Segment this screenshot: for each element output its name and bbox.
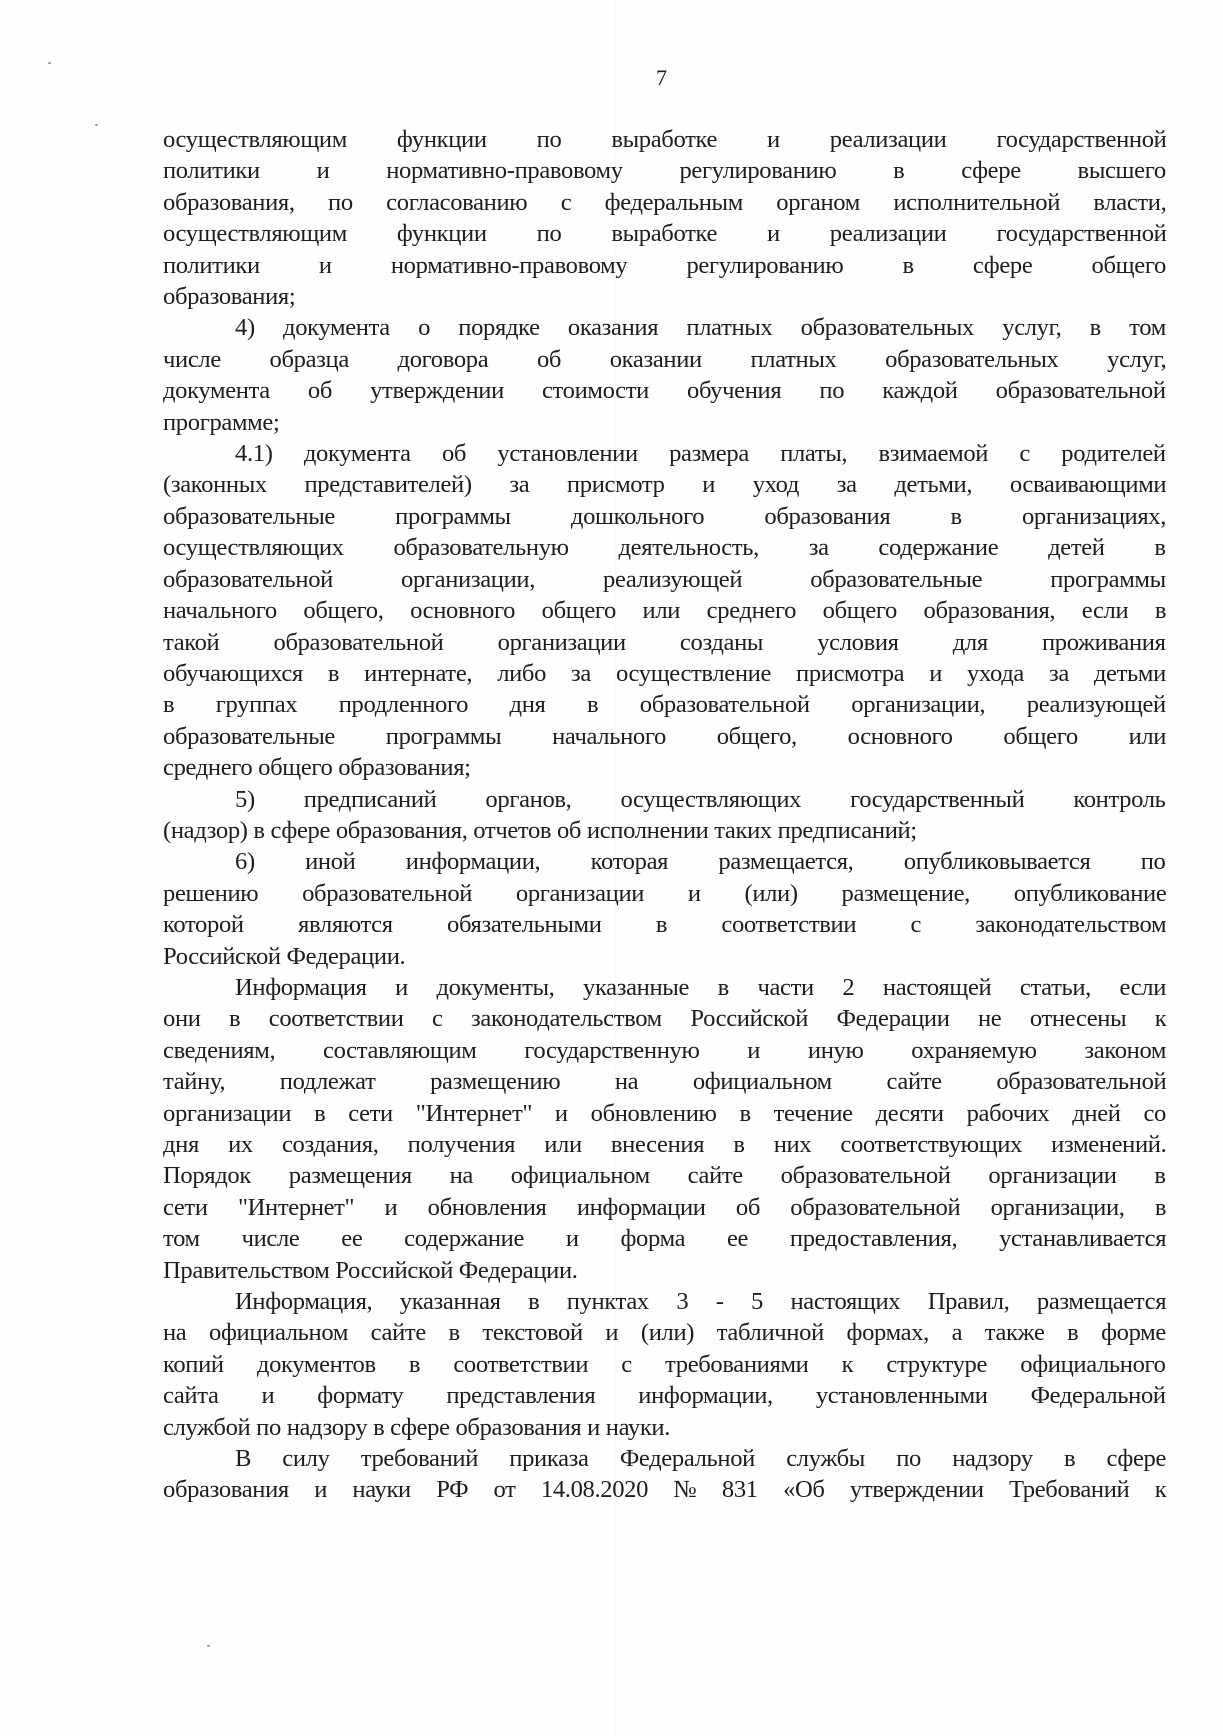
paragraph-order-831: В силу требований приказа Федеральной сл… [163, 1443, 1166, 1506]
text-line: сайта и формату представления информации… [163, 1380, 1166, 1411]
text-line: организации в сети "Интернет" и обновлен… [163, 1098, 1166, 1129]
scan-speck [207, 1645, 210, 1647]
text-line: осуществляющим функции по выработке и ре… [163, 218, 1166, 249]
text-line: образования и науки РФ от 14.08.2020 № 8… [163, 1474, 1166, 1505]
text-line: политики и нормативно-правовому регулиро… [163, 155, 1166, 186]
text-line: такой образовательной организации создан… [163, 627, 1166, 658]
text-line: (законных представителей) за присмотр и … [163, 469, 1166, 500]
text-line: том числе ее содержание и форма ее предо… [163, 1223, 1166, 1254]
paragraph-item-5: 5) предписаний органов, осуществляющих г… [163, 784, 1166, 847]
text-line: на официальном сайте в текстовой и (или)… [163, 1317, 1166, 1348]
document-body: осуществляющим функции по выработке и ре… [163, 124, 1166, 1506]
paragraph-rules-3-5: Информация, указанная в пунктах 3 - 5 на… [163, 1286, 1166, 1443]
text-line: в группах продленного дня в образователь… [163, 689, 1166, 720]
text-line: (надзор) в сфере образования, отчетов об… [163, 815, 1166, 846]
text-line: начального общего, основного общего или … [163, 595, 1166, 626]
text-line: образовательной организации, реализующей… [163, 564, 1166, 595]
text-line: 4) документа о порядке оказания платных … [163, 312, 1166, 343]
text-line: документа об утверждении стоимости обуче… [163, 375, 1166, 406]
paragraph-item-6: 6) иной информации, которая размещается,… [163, 846, 1166, 972]
scan-speck [48, 62, 51, 64]
text-line: решению образовательной организации и (и… [163, 878, 1166, 909]
paragraph: осуществляющим функции по выработке и ре… [163, 124, 1166, 312]
text-line: образования, по согласованию с федеральн… [163, 187, 1166, 218]
text-line: которой являются обязательными в соответ… [163, 909, 1166, 940]
text-line: дня их создания, получения или внесения … [163, 1129, 1166, 1160]
text-line: осуществляющих образовательную деятельно… [163, 532, 1166, 563]
text-line: 5) предписаний органов, осуществляющих г… [163, 784, 1166, 815]
text-line: сведениям, составляющим государственную … [163, 1035, 1166, 1066]
text-line: службой по надзору в сфере образования и… [163, 1412, 1166, 1443]
text-line: программе; [163, 407, 1166, 438]
text-line: среднего общего образования; [163, 752, 1166, 783]
text-line: Информация и документы, указанные в част… [163, 972, 1166, 1003]
paragraph-item-4-1: 4.1) документа об установлении размера п… [163, 438, 1166, 783]
text-line: копий документов в соответствии с требов… [163, 1349, 1166, 1380]
text-line: 4.1) документа об установлении размера п… [163, 438, 1166, 469]
text-line: 6) иной информации, которая размещается,… [163, 846, 1166, 877]
text-line: образовательные программы дошкольного об… [163, 501, 1166, 532]
document-page: 7 осуществляющим функции по выработке и … [0, 0, 1223, 1736]
text-line: обучающихся в интернате, либо за осущест… [163, 658, 1166, 689]
text-line: В силу требований приказа Федеральной сл… [163, 1443, 1166, 1474]
scan-speck [95, 124, 98, 126]
text-line: Российской Федерации. [163, 941, 1166, 972]
paragraph-information-placement: Информация и документы, указанные в част… [163, 972, 1166, 1286]
text-line: осуществляющим функции по выработке и ре… [163, 124, 1166, 155]
text-line: образования; [163, 281, 1166, 312]
text-line: Порядок размещения на официальном сайте … [163, 1160, 1166, 1191]
text-line: Правительством Российской Федерации. [163, 1255, 1166, 1286]
text-line: тайну, подлежат размещению на официально… [163, 1066, 1166, 1097]
text-line: они в соответствии с законодательством Р… [163, 1003, 1166, 1034]
page-number: 7 [50, 66, 1223, 90]
text-line: сети "Интернет" и обновления информации … [163, 1192, 1166, 1223]
paragraph-item-4: 4) документа о порядке оказания платных … [163, 312, 1166, 438]
text-line: Информация, указанная в пунктах 3 - 5 на… [163, 1286, 1166, 1317]
text-line: образовательные программы начального общ… [163, 721, 1166, 752]
text-line: числе образца договора об оказании платн… [163, 344, 1166, 375]
text-line: политики и нормативно-правовому регулиро… [163, 250, 1166, 281]
